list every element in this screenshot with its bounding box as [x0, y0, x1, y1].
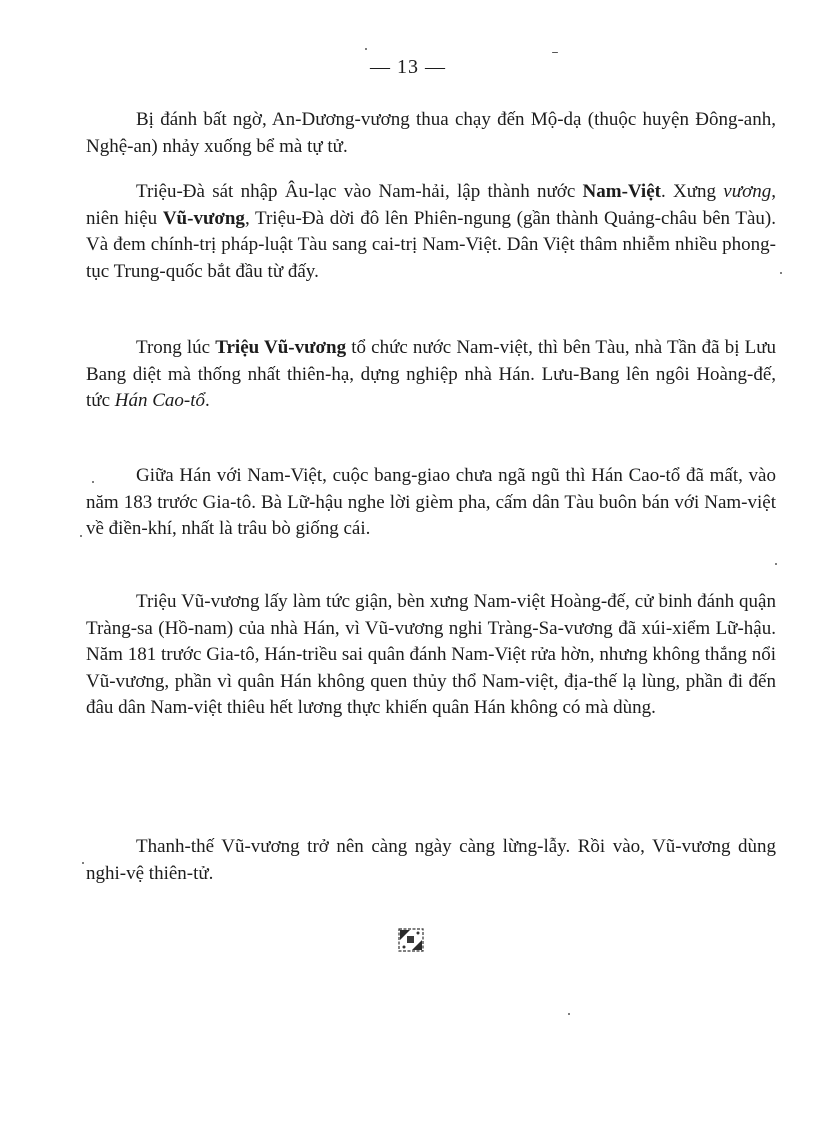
text-segment: Giữa Hán với Nam-Việt, cuộc bang-giao ch…: [86, 465, 776, 539]
paragraph-1: Bị đánh bất ngờ, An-Dương-vương thua chạ…: [86, 107, 776, 160]
text-segment: Triệu-Đà sát nhập Âu-lạc vào Nam-hải, lậ…: [136, 181, 583, 202]
text-segment: Thanh-thế Vũ-vương trở nên càng ngày càn…: [86, 836, 776, 884]
scan-speck: [92, 481, 94, 483]
text-segment: Triệu Vũ-vương: [215, 337, 346, 358]
page-number: — 13 —: [0, 56, 816, 79]
text-segment: Triệu Vũ-vương lấy làm tức giận, bèn xưn…: [86, 591, 776, 718]
scan-speck: [80, 535, 82, 537]
paragraph-5: Triệu Vũ-vương lấy làm tức giận, bèn xưn…: [86, 589, 776, 722]
text-segment: Vũ-vương: [163, 208, 245, 229]
text-segment: Bị đánh bất ngờ, An-Dương-vương thua chạ…: [86, 109, 776, 157]
scan-speck: [365, 48, 367, 50]
text-segment: .: [205, 390, 210, 411]
paragraph-3: Trong lúc Triệu Vũ-vương tổ chức nước Na…: [86, 335, 776, 415]
text-segment: . Xưng: [661, 181, 723, 202]
scan-speck: [775, 563, 777, 565]
printer-ornament-icon: [398, 928, 424, 952]
text-segment: Trong lúc: [136, 337, 215, 358]
scan-speck: [82, 862, 84, 864]
scan-speck: [552, 52, 558, 53]
paragraph-2: Triệu-Đà sát nhập Âu-lạc vào Nam-hải, lậ…: [86, 179, 776, 285]
text-segment: vương: [723, 181, 771, 202]
paragraph-4: Giữa Hán với Nam-Việt, cuộc bang-giao ch…: [86, 463, 776, 543]
scan-speck: [568, 1013, 570, 1015]
scan-speck: [780, 272, 782, 274]
text-segment: Nam-Việt: [583, 181, 661, 202]
text-segment: Hán Cao-tổ: [115, 390, 205, 411]
paragraph-6: Thanh-thế Vũ-vương trở nên càng ngày càn…: [86, 834, 776, 887]
